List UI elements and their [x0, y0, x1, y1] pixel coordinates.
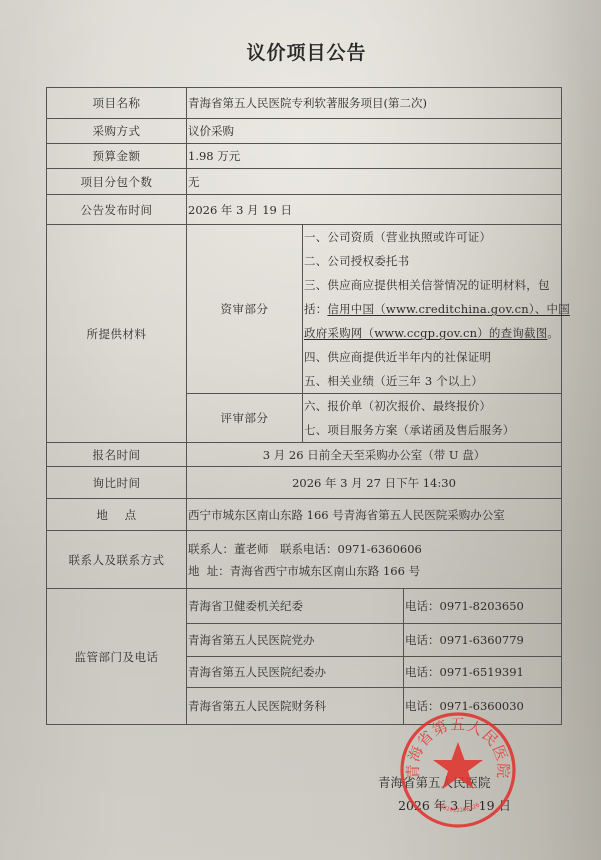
contact-address: 地 址：青海省西宁市城东区南山东路 166 号 [188, 560, 561, 582]
row-comparison: 询比时间 2026 年 3 月 27 日下午 14:30 [47, 467, 562, 499]
registration-value: 3 月 26 日前全天至采购办公室（带 U 盘） [187, 443, 562, 467]
location-label: 地 点 [47, 499, 187, 531]
signature-org: 青海省第五人民医院 [378, 773, 491, 791]
qualification-item-1: 一、公司资质（营业执照或许可证） [304, 225, 561, 249]
procurement-method-label: 采购方式 [47, 119, 187, 144]
supervision-dept: 青海省第五人民医院财务科 [187, 688, 404, 725]
registration-label: 报名时间 [47, 443, 187, 467]
row-budget: 预算金额 1.98 万元 [47, 144, 562, 169]
supervision-dept: 青海省卫健委机关纪委 [187, 589, 404, 624]
evaluation-label: 评审部分 [187, 394, 303, 443]
qualification-item-3-cont2: 政府采购网（www.ccgp.gov.cn）的查询截图。 [304, 321, 561, 345]
qualification-item-3: 三、供应商应提供相关信誉情况的证明材料，包 [304, 273, 561, 297]
qualification-item-2: 二、公司授权委托书 [304, 249, 561, 273]
qualification-list: 一、公司资质（营业执照或许可证） 二、公司授权委托书 三、供应商应提供相关信誉情… [303, 225, 562, 394]
row-lots: 项目分包个数 无 [47, 169, 562, 195]
lots-value: 无 [187, 169, 562, 195]
item3-suffix: 。 [547, 326, 559, 340]
publish-date-label: 公告发布时间 [47, 195, 187, 225]
ccgp-link-text: 政府采购网（www.ccgp.gov.cn）的查询截图 [304, 326, 547, 340]
budget-value: 1.98 万元 [187, 144, 562, 169]
supervision-row: 监管部门及电话 青海省卫健委机关纪委 电话：0971-8203650 [47, 589, 562, 624]
qualification-item-4: 四、供应商提供近半年内的社保证明 [304, 345, 561, 369]
project-name-value: 青海省第五人民医院专利软著服务项目(第二次) [187, 88, 562, 119]
supervision-label: 监管部门及电话 [47, 589, 187, 725]
procurement-method-value: 议价采购 [187, 119, 562, 144]
row-location: 地 点 西宁市城东区南山东路 166 号青海省第五人民医院采购办公室 [47, 499, 562, 531]
supervision-dept: 青海省第五人民医院党办 [187, 624, 404, 657]
materials-label: 所提供材料 [47, 225, 187, 443]
qualification-item-5: 五、相关业绩（近三年 3 个以上） [304, 369, 561, 393]
location-value: 西宁市城东区南山东路 166 号青海省第五人民医院采购办公室 [187, 499, 562, 531]
row-contact: 联系人及联系方式 联系人：董老师 联系电话：0971-6360606 地 址：青… [47, 531, 562, 589]
supervision-phone: 电话：0971-6360779 [404, 624, 562, 657]
evaluation-item-7: 七、项目服务方案（承诺函及售后服务） [304, 418, 561, 442]
supervision-dept: 青海省第五人民医院纪委办 [187, 657, 404, 688]
document-title: 议价项目公告 [0, 38, 601, 65]
qualification-label: 资审部分 [187, 225, 303, 394]
stamp-text: 青海省第五人民医院 [404, 716, 513, 780]
contact-person-phone: 联系人：董老师 联系电话：0971-6360606 [188, 538, 561, 560]
supervision-phone: 电话：0971-6360030 [404, 688, 562, 725]
row-project-name: 项目名称 青海省第五人民医院专利软著服务项目(第二次) [47, 88, 562, 119]
comparison-label: 询比时间 [47, 467, 187, 499]
project-name-label: 项目名称 [47, 88, 187, 119]
creditchina-link-text: 信用中国（www.creditchina.gov.cn）、中国 [327, 302, 570, 316]
publish-date-value: 2026 年 3 月 19 日 [187, 195, 562, 225]
evaluation-list: 六、报价单（初次报价、最终报价） 七、项目服务方案（承诺函及售后服务） [303, 394, 562, 443]
comparison-value: 2026 年 3 月 27 日下午 14:30 [187, 467, 562, 499]
evaluation-item-6: 六、报价单（初次报价、最终报价） [304, 394, 561, 418]
row-publish-date: 公告发布时间 2026 年 3 月 19 日 [47, 195, 562, 225]
budget-label: 预算金额 [47, 144, 187, 169]
supervision-phone: 电话：0971-6519391 [404, 657, 562, 688]
contact-label: 联系人及联系方式 [47, 531, 187, 589]
row-registration: 报名时间 3 月 26 日前全天至采购办公室（带 U 盘） [47, 443, 562, 467]
lots-label: 项目分包个数 [47, 169, 187, 195]
row-procurement-method: 采购方式 议价采购 [47, 119, 562, 144]
notice-table: 项目名称 青海省第五人民医院专利软著服务项目(第二次) 采购方式 议价采购 预算… [46, 87, 562, 725]
row-materials-qualification: 所提供材料 资审部分 一、公司资质（营业执照或许可证） 二、公司授权委托书 三、… [47, 225, 562, 394]
qualification-item-3-cont: 括：信用中国（www.creditchina.gov.cn）、中国 [304, 297, 561, 321]
contact-info: 联系人：董老师 联系电话：0971-6360606 地 址：青海省西宁市城东区南… [187, 531, 562, 589]
item3-prefix: 括： [304, 302, 327, 316]
supervision-phone: 电话：0971-8203650 [404, 589, 562, 624]
signature-date: 2026 年 3 月 19 日 [398, 796, 511, 814]
